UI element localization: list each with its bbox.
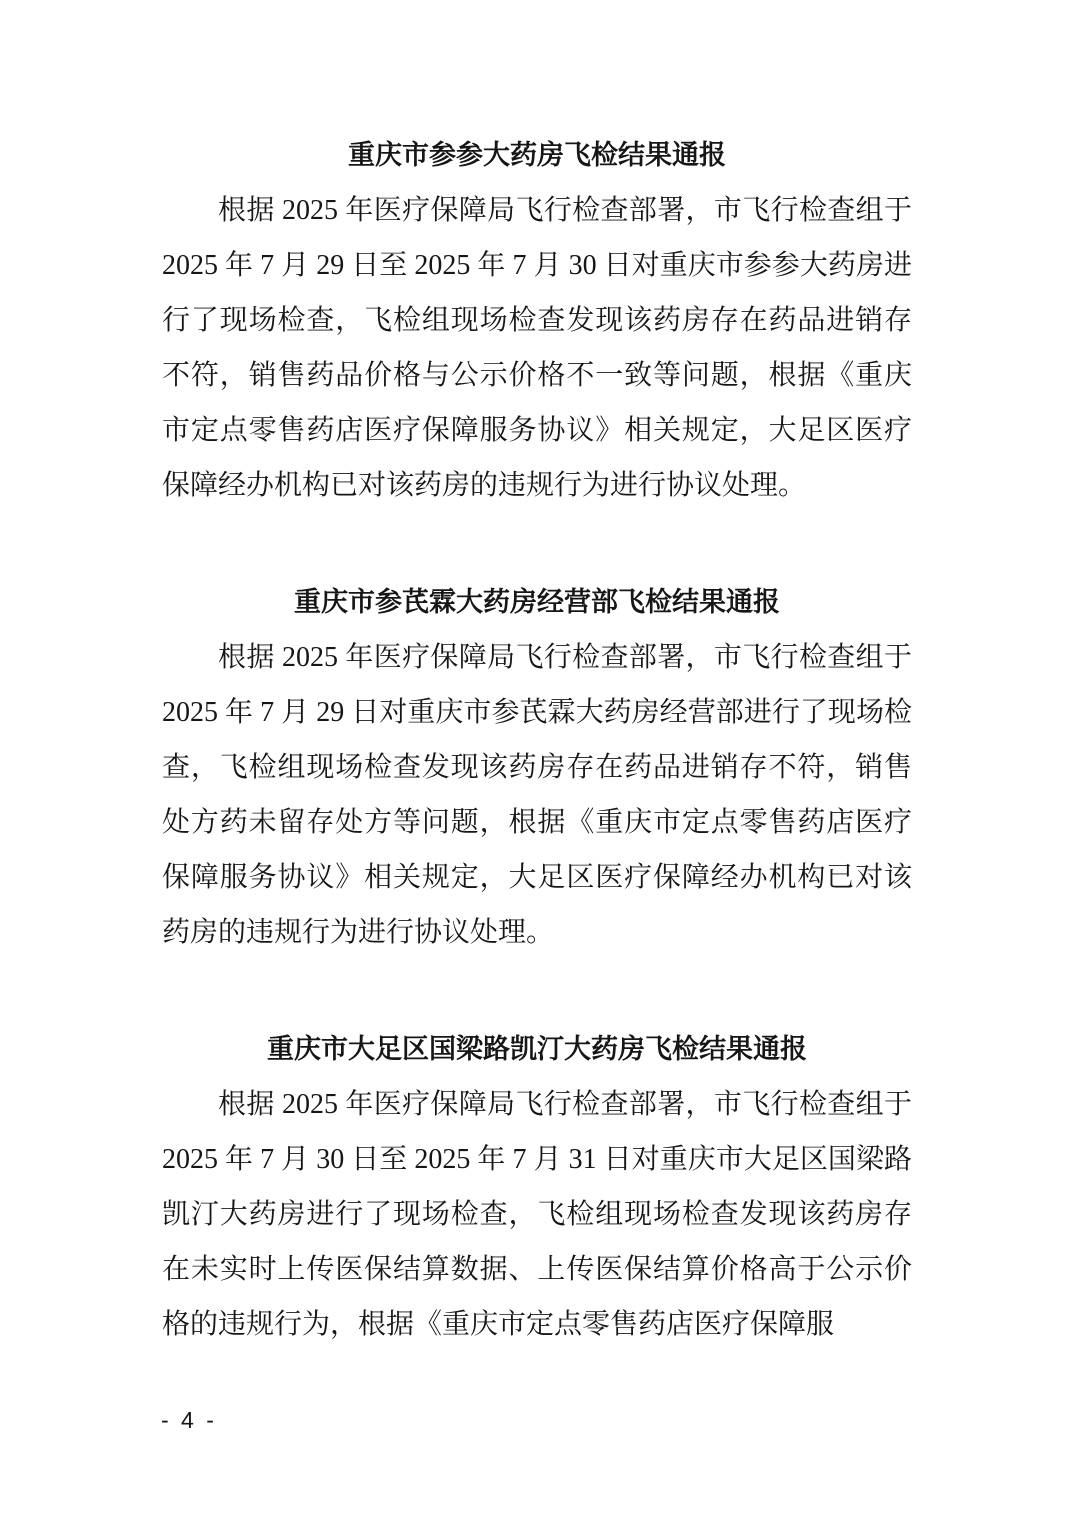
notice-2-paragraph: 根据 2025 年医疗保障局飞行检查部署，市飞行检查组于 2025 年 7 月 … [162, 630, 912, 960]
document-page: 重庆市参参大药房飞检结果通报 根据 2025 年医疗保障局飞行检查部署，市飞行检… [0, 0, 1074, 1520]
notice-3-paragraph: 根据 2025 年医疗保障局飞行检查部署，市飞行检查组于 2025 年 7 月 … [162, 1077, 912, 1352]
notice-1-paragraph: 根据 2025 年医疗保障局飞行检查部署，市飞行检查组于 2025 年 7 月 … [162, 183, 912, 513]
notice-1-title: 重庆市参参大药房飞检结果通报 [162, 128, 912, 183]
notice-2-title: 重庆市参芪霖大药房经营部飞检结果通报 [162, 575, 912, 630]
notice-3-title: 重庆市大足区国梁路凯汀大药房飞检结果通报 [162, 1022, 912, 1077]
notice-section-1: 重庆市参参大药房飞检结果通报 根据 2025 年医疗保障局飞行检查部署，市飞行检… [162, 128, 912, 513]
page-number: - 4 - [161, 1406, 217, 1434]
notice-section-3: 重庆市大足区国梁路凯汀大药房飞检结果通报 根据 2025 年医疗保障局飞行检查部… [162, 1022, 912, 1352]
document-content: 重庆市参参大药房飞检结果通报 根据 2025 年医疗保障局飞行检查部署，市飞行检… [162, 128, 912, 1352]
notice-section-2: 重庆市参芪霖大药房经营部飞检结果通报 根据 2025 年医疗保障局飞行检查部署，… [162, 575, 912, 960]
